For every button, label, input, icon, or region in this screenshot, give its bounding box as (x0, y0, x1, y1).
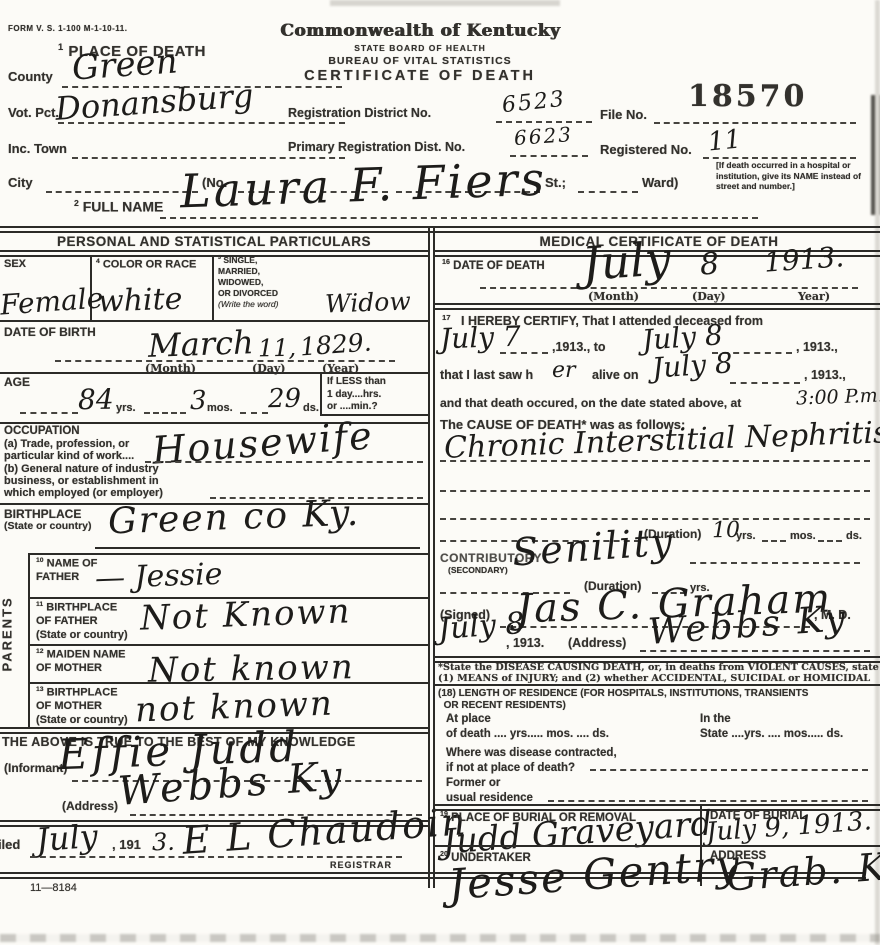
dob-border (0, 372, 428, 374)
registered-label: Registered No. (600, 143, 692, 158)
occ-line-a (145, 461, 423, 463)
bp-line (95, 547, 420, 549)
age-label: AGE (4, 376, 30, 390)
cert-line3-date: July 8 (651, 349, 734, 383)
mmn-label: 12 MAIDEN NAME OF MOTHER (36, 648, 125, 676)
city-label: City (8, 176, 33, 191)
secondary-label: (SECONDARY) (448, 566, 508, 576)
primreg-value: 6623 (513, 124, 573, 148)
former-text: Former or usual residence (446, 776, 533, 806)
contracted-dots (590, 769, 868, 771)
fullname-num: 2 (74, 198, 79, 208)
mbp-value: not known (134, 687, 334, 728)
cert-line3a: that I last saw h (440, 368, 533, 382)
inctown-label: Inc. Town (8, 142, 67, 157)
duration1-mos: mos. (790, 530, 816, 543)
age-mos-label: mos. (207, 402, 233, 415)
place-of-death-num: 1 (58, 42, 64, 52)
cert-line2-dots1 (500, 352, 548, 354)
print-code: 11—8184 (30, 882, 77, 895)
parents-label: PARENTS (1, 607, 16, 671)
votpct-label: Vot. Pct. (8, 106, 59, 121)
occ-a1: (a) Trade, profession, or (4, 438, 129, 451)
regdist-value: 6523 (501, 89, 567, 118)
cert-line3-dots (730, 382, 800, 384)
registered-line (703, 157, 856, 159)
left-title-rule (0, 250, 428, 257)
city-line-4 (578, 191, 638, 193)
footnote-1: *State the DISEASE CAUSING DEATH, or, in… (438, 662, 879, 673)
county-value: Green (71, 44, 179, 85)
inctown-line (72, 157, 345, 159)
dod-month-value: July (581, 235, 673, 287)
age-line-2 (144, 412, 186, 414)
certificate-scan: FORM V. S. 1-100 M-1-10-11. 1 PLACE OF D… (0, 0, 880, 945)
footnote-2: (1) MEANS of INJURY; and (2) whether ACC… (438, 673, 870, 684)
race-label: 4 COLOR OR RACE (96, 258, 196, 271)
scan-artifact-bottom-band (0, 934, 880, 942)
fileno-line (654, 122, 856, 124)
scan-artifact-top (330, 0, 560, 6)
atplace-text: At place of death .... yrs..... mos. ...… (446, 712, 609, 742)
mmn-border (28, 682, 428, 684)
org-board: STATE BOARD OF HEALTH (250, 44, 590, 54)
cert-line3-hw: er (552, 360, 576, 382)
cert-line3b: alive on (592, 368, 639, 382)
city-ward-label: Ward) (642, 176, 678, 191)
cert-line4-time: 3:00 P.m. (796, 386, 880, 408)
filed-line (30, 856, 402, 858)
dob-sub-day: (Day) (252, 363, 285, 376)
signed-addr-dots (640, 650, 870, 652)
fileno-value: 18570 (688, 80, 807, 115)
dod-line (480, 287, 858, 289)
city-line-1 (46, 191, 198, 193)
fullname-line (160, 217, 758, 219)
contributory-value: Senility (511, 522, 675, 571)
parents-left (28, 553, 30, 728)
dod-sub-day: (Day) (692, 291, 725, 304)
ageless-vline (320, 374, 322, 414)
informant-addr-label: (Address) (62, 800, 118, 814)
dob-label: DATE OF BIRTH (4, 326, 96, 340)
fileno-label: File No. (600, 108, 647, 123)
sex-value: Female (0, 284, 104, 319)
parents-top (28, 553, 428, 555)
filed-year-printed: , 191 (112, 838, 141, 853)
regdist-line (496, 121, 592, 123)
occ-label: OCCUPATION (4, 425, 80, 438)
dod-sub-year: Year) (798, 291, 830, 304)
age-ds-value: 29 (268, 386, 302, 413)
org-commonwealth: Commonwealth of Kentucky (250, 22, 590, 42)
dod-label: 16 DATE OF DEATH (442, 258, 545, 273)
marital-label: 5 SINGLE, MARRIED, WIDOWED, OR DIVORCED … (218, 255, 278, 310)
signed-date-printed: , 1913. (506, 636, 544, 650)
dob-sub-month: (Month) (145, 363, 196, 376)
occ-b3: which employed (or employer) (4, 487, 163, 500)
mbp-label: 13 BIRTHPLACE OF MOTHER (State or countr… (36, 686, 128, 728)
dob-month-value: March (147, 326, 254, 362)
registered-value: 11 (707, 126, 743, 155)
form-code: FORM V. S. 1-100 M-1-10-11. (8, 24, 127, 33)
cert-from-value: July 7 (440, 323, 522, 354)
duration1-yrs: yrs. (736, 530, 756, 543)
primreg-label: Primary Registration Dist. No. (288, 140, 465, 154)
org-bureau: BUREAU OF VITAL STATISTICS (250, 55, 590, 67)
marital-value: Widow (325, 289, 412, 317)
county-label: County (8, 70, 53, 85)
dob-sub-year: (Year) (322, 363, 359, 376)
contracted-text: Where was disease contracted, if not at … (446, 746, 617, 776)
footnote-rule-bottom (433, 684, 880, 686)
father-value: — Jessie (95, 560, 223, 594)
ageless-text: If LESS than 1 day....hrs. or ....min.? (327, 376, 386, 414)
race-value: white (98, 285, 183, 318)
cause-line-2 (440, 490, 870, 492)
filed-year-digit: 3. (152, 830, 175, 854)
age-ds-label: ds. (303, 402, 319, 415)
signed-addr-label: (Address) (568, 636, 626, 650)
city-st-label: St.; (545, 176, 566, 191)
dod-year-value: 1913. (763, 243, 845, 277)
father-label: 10 NAME OF FATHER (36, 557, 97, 585)
age-yrs-label: yrs. (116, 402, 136, 415)
column-divider (428, 226, 435, 888)
contributory-dots (690, 562, 860, 564)
fbp-value: Not Known (139, 594, 352, 635)
left-section-title: PERSONAL AND STATISTICAL PARTICULARS (0, 234, 428, 250)
fbp-label: 11 BIRTHPLACE OF FATHER (State or countr… (36, 601, 128, 643)
cert-line4: and that death occured, on the date stat… (440, 396, 741, 410)
row1-border (0, 320, 428, 322)
occ-b2: business, or establishment in (4, 475, 159, 488)
bp-sub: (State or country) (4, 520, 92, 532)
cause-line-1 (440, 460, 870, 462)
duration1-dots3 (818, 540, 842, 542)
dob-year-value: 1829. (299, 330, 372, 360)
residence-heading: (18) LENGTH OF RESIDENCE (FOR HOSPITALS,… (438, 688, 808, 712)
registrar-label: Registrar (330, 860, 392, 870)
registrar-signature: E L Chaudoin (181, 802, 469, 860)
age-mos-value: 3 (190, 388, 207, 414)
bp-value: Green co Ky. (107, 496, 360, 541)
cert-line3-year: , 1913., (804, 368, 846, 382)
cert-from-year: ,1913., to (552, 340, 606, 354)
dod-rule (433, 303, 880, 310)
duration1-ds: ds. (846, 530, 862, 543)
dod-sub-month: (Month) (588, 291, 639, 304)
former-dots (548, 800, 868, 802)
fullname-label: 2 FULL NAME (74, 198, 163, 215)
age-line-1 (20, 412, 78, 414)
occ-b1: (b) General nature of industry (4, 463, 159, 476)
dob-day-value: 11, (258, 336, 297, 361)
age-yrs-value: 84 (78, 386, 114, 415)
regdist-label: Registration District No. (288, 106, 431, 120)
rule-header-bottom (0, 226, 880, 233)
fbp-border (28, 644, 428, 646)
occ-a2: particular kind of work.... (4, 450, 134, 463)
cert-to-year: , 1913., (796, 340, 838, 354)
filed-month-value: July (35, 820, 99, 856)
sex-label: SEX (4, 258, 26, 271)
row1-vline-2 (212, 255, 214, 320)
hospital-note: [If death occurred in a hospital or inst… (716, 160, 868, 192)
age-line-3 (240, 412, 268, 414)
org-certificate-title: CERTIFICATE OF DEATH (250, 68, 590, 85)
fullname-value: Laura F. Fiers (179, 156, 547, 215)
filed-label: Filed (0, 838, 20, 853)
dod-day-value: 8 (699, 249, 720, 280)
instate-text: In the State ....yrs. .... mos..... ds. (700, 712, 843, 742)
duration1-dots2 (762, 540, 786, 542)
